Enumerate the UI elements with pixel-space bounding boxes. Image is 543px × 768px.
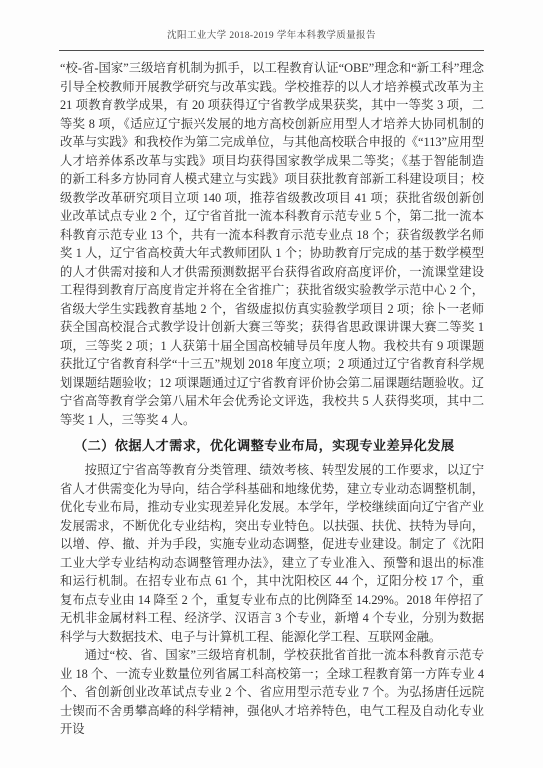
page-footer: 10 <box>0 705 543 716</box>
paragraph: 通过“校、省、国家”三级培育机制，学校获批省首批一流本科教育示范专业 18 个、… <box>60 646 484 739</box>
page-header: 沈阳工业大学 2018-2019 学年本科教学质量报告 <box>59 27 484 51</box>
page-number: 10 <box>267 705 277 716</box>
section-heading: （二）依据人才需求，优化调整专业布局，实现专业差异化发展 <box>60 436 484 455</box>
document-page: 沈阳工业大学 2018-2019 学年本科教学质量报告 “校-省-国家”三级培育… <box>0 0 543 768</box>
paragraph-continuation: “校-省-国家”三级培育机制为抓手，以工程教育认证“OBE”理念和“新工科”理念… <box>60 59 484 429</box>
running-title: 沈阳工业大学 2018-2019 学年本科教学质量报告 <box>167 31 376 41</box>
paragraph: 按照辽宁省高等教育分类管理、绩效考核、转型发展的工作要求，以辽宁省人才供需变化为… <box>60 461 484 646</box>
page-body: “校-省-国家”三级培育机制为抓手，以工程教育认证“OBE”理念和“新工科”理念… <box>60 59 484 739</box>
